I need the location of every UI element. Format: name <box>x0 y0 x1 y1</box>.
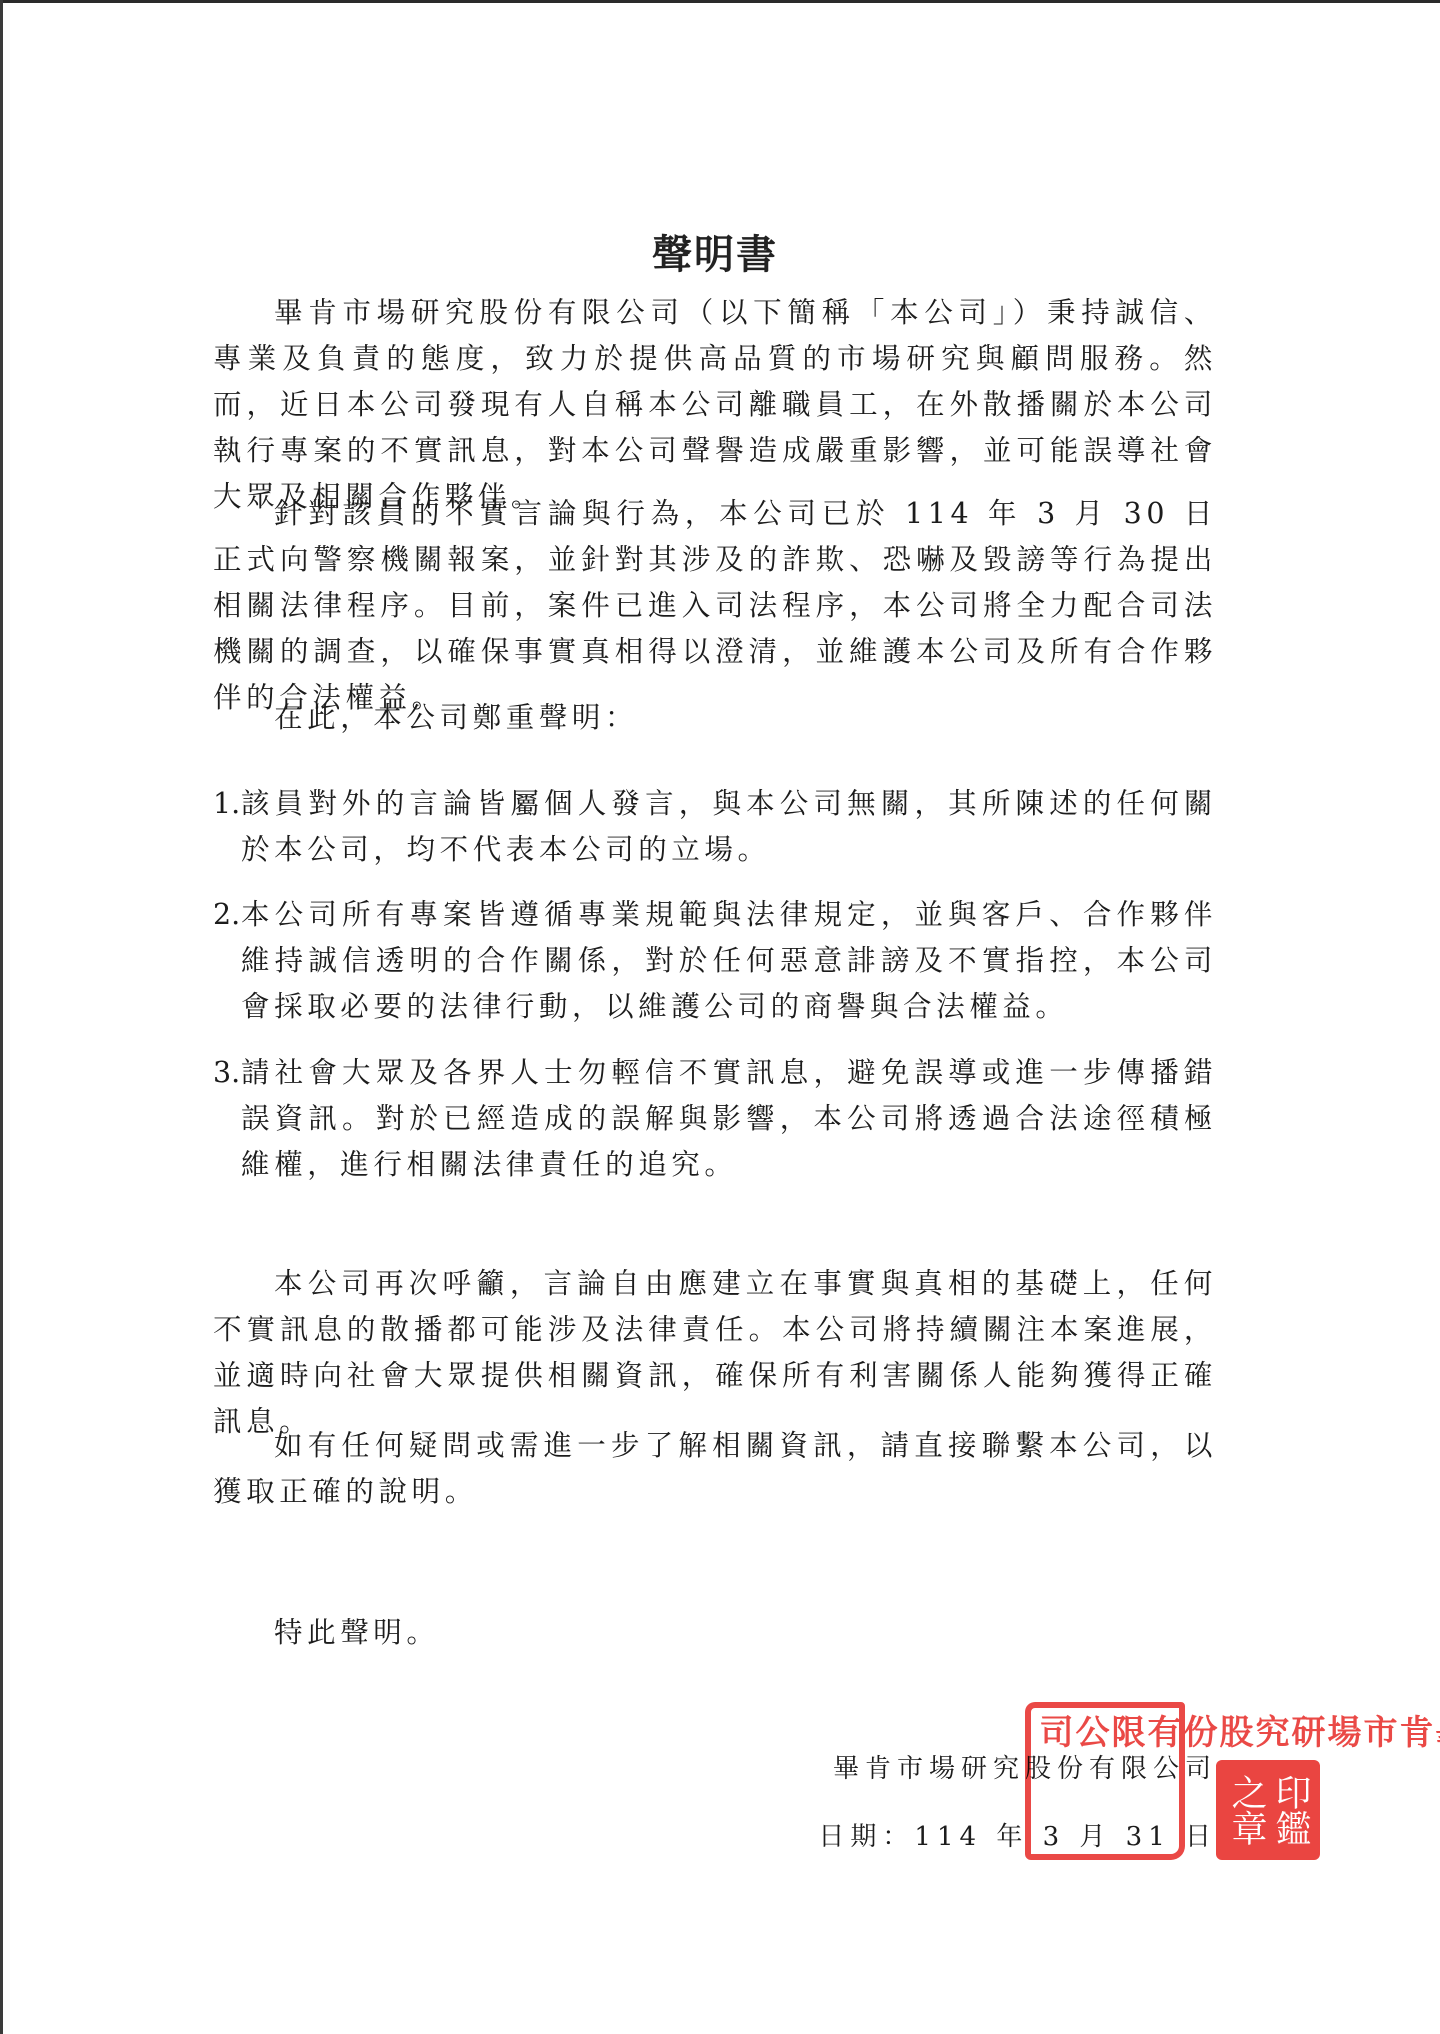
personal-seal-stamp: 之章 印鑑 <box>1216 1760 1320 1860</box>
seal-column-3: 有限公司 <box>1035 1714 1179 1781</box>
seal-column-1: 印鑑 <box>1268 1768 1312 1852</box>
paragraph-legal-action: 針對該員的不實言論與行為，本公司已於 114 年 3 月 30 日正式向警察機關… <box>213 491 1217 721</box>
statement-text: 請社會大眾及各界人士勿輕信不實訊息，避免誤導或進一步傳播錯誤資訊。對於已經造成的… <box>241 1050 1217 1188</box>
paragraph-declaration-lead: 在此，本公司鄭重聲明： <box>213 695 1217 741</box>
paragraph-appeal: 本公司再次呼籲，言論自由應建立在事實與真相的基礎上，任何不實訊息的散播都可能涉及… <box>213 1261 1217 1445</box>
statement-number: 1. <box>213 781 241 873</box>
statement-number: 3. <box>213 1050 241 1188</box>
statement-item-1: 1. 該員對外的言論皆屬個人發言，與本公司無關，其所陳述的任何關於本公司，均不代… <box>213 781 1217 873</box>
statement-text: 本公司所有專案皆遵循專業規範與法律規定，並與客戶、合作夥伴維持誠信透明的合作關係… <box>241 892 1217 1030</box>
company-seal-stamp: 有限公司 研究股份 畢肯市場 <box>1025 1702 1185 1860</box>
seal-column-1: 畢肯市場 <box>1323 1714 1440 1781</box>
closing-phrase: 特此聲明。 <box>274 1610 440 1656</box>
paragraph-intro: 畢肯市場研究股份有限公司（以下簡稱「本公司」）秉持誠信、專業及負責的態度，致力於… <box>213 290 1217 520</box>
statement-text: 該員對外的言論皆屬個人發言，與本公司無關，其所陳述的任何關於本公司，均不代表本公… <box>241 781 1217 873</box>
paragraph-contact: 如有任何疑問或需進一步了解相關資訊，請直接聯繫本公司，以獲取正確的說明。 <box>213 1423 1217 1515</box>
seal-column-2: 之章 <box>1224 1768 1268 1852</box>
scan-border-top <box>0 0 1440 3</box>
document-title: 聲明書 <box>213 227 1217 283</box>
statement-item-3: 3. 請社會大眾及各界人士勿輕信不實訊息，避免誤導或進一步傳播錯誤資訊。對於已經… <box>213 1050 1217 1188</box>
scan-border-left <box>0 0 3 2034</box>
statement-number: 2. <box>213 892 241 1030</box>
statement-item-2: 2. 本公司所有專案皆遵循專業規範與法律規定，並與客戶、合作夥伴維持誠信透明的合… <box>213 892 1217 1030</box>
date-label: 日期： <box>818 1822 914 1852</box>
